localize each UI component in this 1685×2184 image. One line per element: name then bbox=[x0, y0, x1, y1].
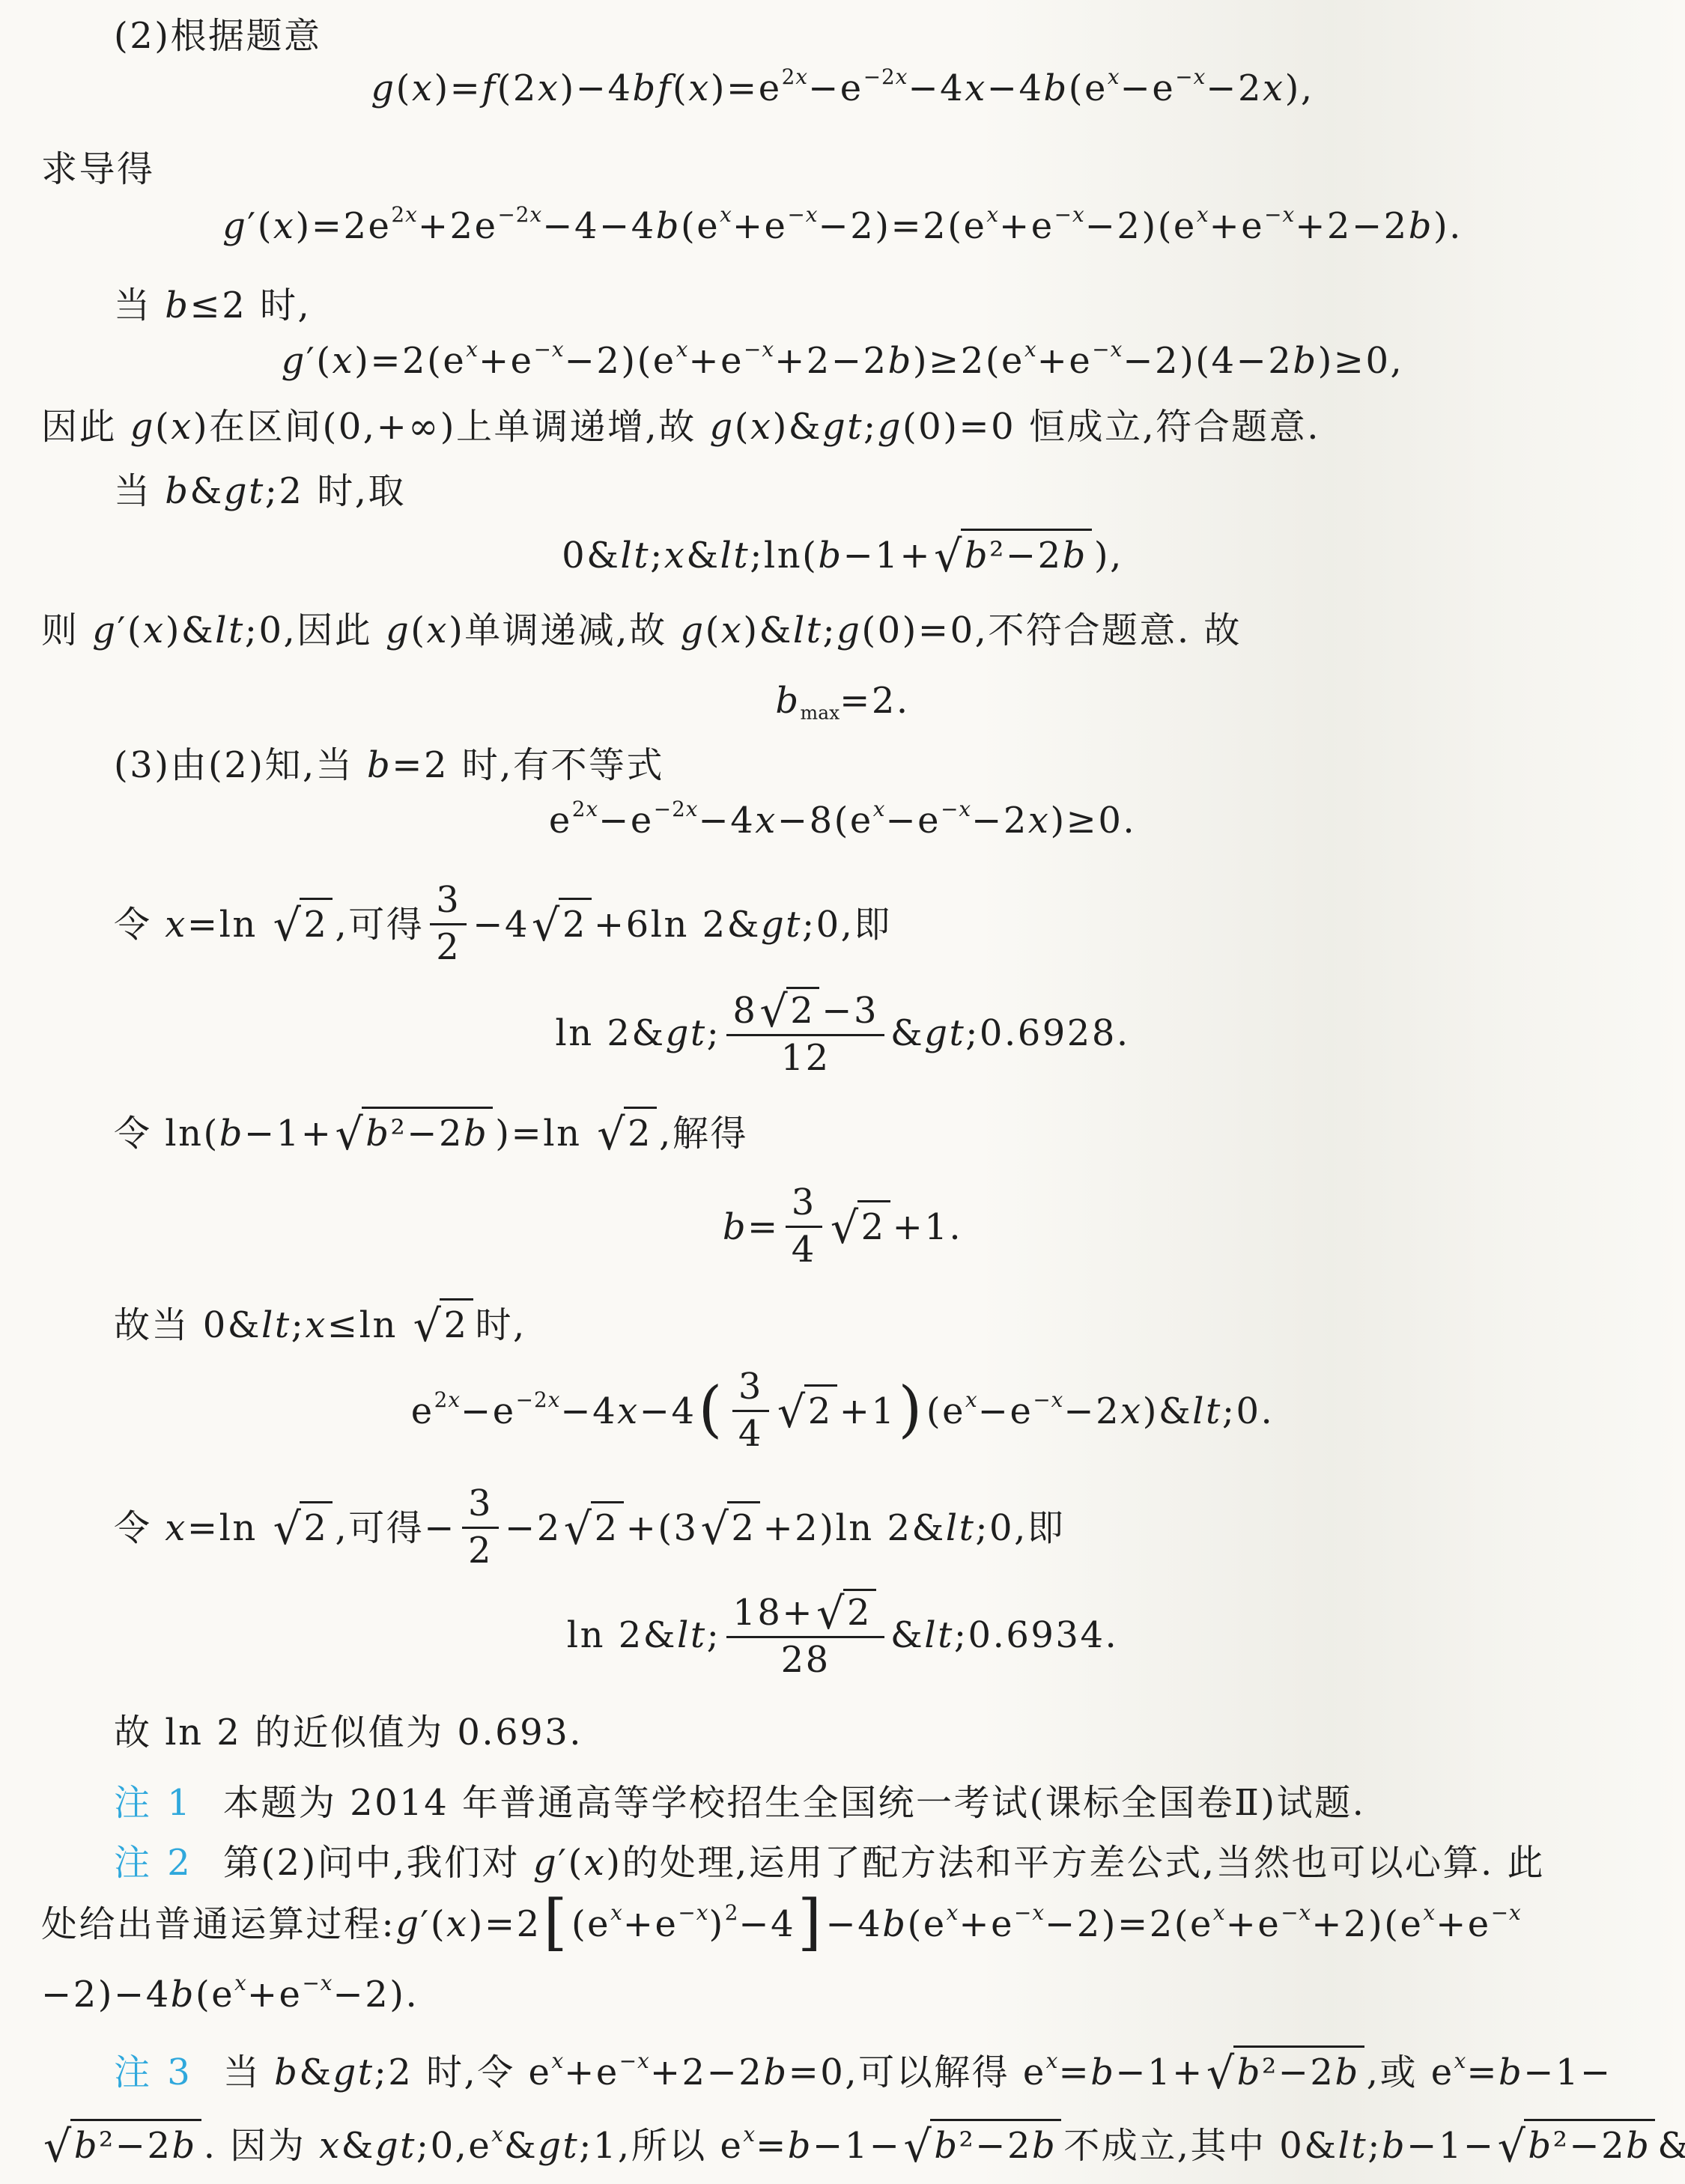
radical: √b²−2b bbox=[904, 2119, 1062, 2168]
radical: √2 bbox=[597, 1107, 657, 1156]
text-derive: 求导得 bbox=[41, 147, 155, 192]
radical: √b²−2b bbox=[934, 529, 1092, 578]
eq-b-value: b=34√2+1. bbox=[0, 1186, 1685, 1274]
note-2-line-1: 注 2第(2)问中,我们对 g′(x)的处理,运用了配方法和平方差公式,当然也可… bbox=[114, 1840, 1545, 1885]
radical: √2 bbox=[532, 898, 592, 947]
text-let-x-ln-sqrt2-lower: 令 x=ln √2,可得32−4√2+6ln 2&gt;0,即 bbox=[114, 883, 892, 971]
radical: √2 bbox=[831, 1200, 890, 1250]
radical: √2 bbox=[273, 1501, 333, 1551]
eq-b-max: bmax=2. bbox=[0, 678, 1685, 723]
fraction: 18+√228 bbox=[726, 1589, 884, 1681]
radical: √2 bbox=[759, 987, 819, 1032]
text-decreasing-conclusion: 则 g′(x)&lt;0,因此 g(x)单调递减,故 g(x)&lt;g(0)=… bbox=[41, 608, 1242, 653]
radical: √b²−2b bbox=[1498, 2119, 1656, 2168]
radical: √2 bbox=[273, 898, 333, 947]
radical: √2 bbox=[816, 1589, 876, 1634]
radical: √2 bbox=[777, 1384, 837, 1434]
radical: √2 bbox=[701, 1501, 761, 1551]
text-case-b-le-2: 当 b≤2 时, bbox=[114, 283, 311, 328]
radical: √2 bbox=[413, 1298, 473, 1348]
note-3-line-1: 注 3当 b&gt;2 时,令 ex+e−x+2−2b=0,可以解得 ex=b−… bbox=[114, 2045, 1612, 2095]
radical: √b²−2b bbox=[1206, 2045, 1364, 2095]
part2-intro: (2)根据题意 bbox=[114, 13, 322, 58]
eq-x-interval: 0&lt;x&lt;ln(b−1+√b²−2b), bbox=[0, 529, 1685, 578]
eq-ln2-upper-bound: ln 2&lt;18+√228&lt;0.6934. bbox=[0, 1592, 1685, 1684]
note-2-line-3: −2)−4b(ex+e−x−2). bbox=[41, 1972, 419, 2017]
text-increasing-conclusion: 因此 g(x)在区间(0,+∞)上单调递增,故 g(x)&gt;g(0)=0 恒… bbox=[41, 404, 1320, 449]
text-ln2-approximation: 故 ln 2 的近似值为 0.693. bbox=[114, 1710, 583, 1755]
note-label: 注 2 bbox=[114, 1842, 193, 1884]
note-3-line-2: √b²−2b. 因为 x&gt;0,ex&gt;1,所以 ex=b−1−√b²−… bbox=[41, 2119, 1685, 2168]
radical: √2 bbox=[564, 1501, 624, 1551]
radical: √b²−2b bbox=[43, 2119, 201, 2168]
eq-g-derivative: g′(x)=2e2x+2e−2x−4−4b(ex+e−x−2)=2(ex+e−x… bbox=[0, 204, 1685, 249]
fraction: 32 bbox=[462, 1484, 499, 1572]
text-when-x-range: 故当 0&lt;x≤ln √2时, bbox=[114, 1298, 526, 1348]
fraction: 8√2−312 bbox=[726, 987, 884, 1079]
part3-intro: (3)由(2)知,当 b=2 时,有不等式 bbox=[114, 743, 664, 788]
note-label: 注 1 bbox=[114, 1782, 193, 1824]
text-let-ln-equation: 令 ln(b−1+√b²−2b)=ln √2,解得 bbox=[114, 1107, 748, 1156]
math-solution-page: (2)根据题意g(x)=f(2x)−4bf(x)=e2x−e−2x−4x−4b(… bbox=[0, 0, 1685, 2184]
note-2-line-2: 处给出普通运算过程:g′(x)=2[(ex+e−x)2−4]−4b(ex+e−x… bbox=[41, 1902, 1522, 1947]
fraction: 34 bbox=[732, 1367, 769, 1455]
radical: √b²−2b bbox=[335, 1107, 493, 1156]
eq-ln2-lower-bound: ln 2&gt;8√2−312&gt;0.6928. bbox=[0, 990, 1685, 1082]
fraction: 32 bbox=[430, 880, 467, 968]
eq-g-definition: g(x)=f(2x)−4bf(x)=e2x−e−2x−4x−4b(ex−e−x−… bbox=[0, 66, 1685, 111]
note-label: 注 3 bbox=[114, 2051, 193, 2093]
eq-inequality-upper: e2x−e−2x−4x−4(34√2+1)(ex−e−x−2x)&lt;0. bbox=[0, 1370, 1685, 1458]
note-1: 注 1本题为 2014 年普通高等学校招生全国统一考试(课标全国卷Ⅱ)试题. bbox=[114, 1780, 1365, 1825]
eq-inequality-b2: e2x−e−2x−4x−8(ex−e−x−2x)≥0. bbox=[0, 798, 1685, 843]
fraction: 34 bbox=[786, 1183, 822, 1271]
eq-derivative-bound: g′(x)=2(ex+e−x−2)(ex+e−x+2−2b)≥2(ex+e−x−… bbox=[0, 338, 1685, 383]
text-case-b-gt-2: 当 b&gt;2 时,取 bbox=[114, 469, 406, 514]
text-let-x-ln-sqrt2-upper: 令 x=ln √2,可得−32−2√2+(3√2+2)ln 2&lt;0,即 bbox=[114, 1487, 1065, 1575]
